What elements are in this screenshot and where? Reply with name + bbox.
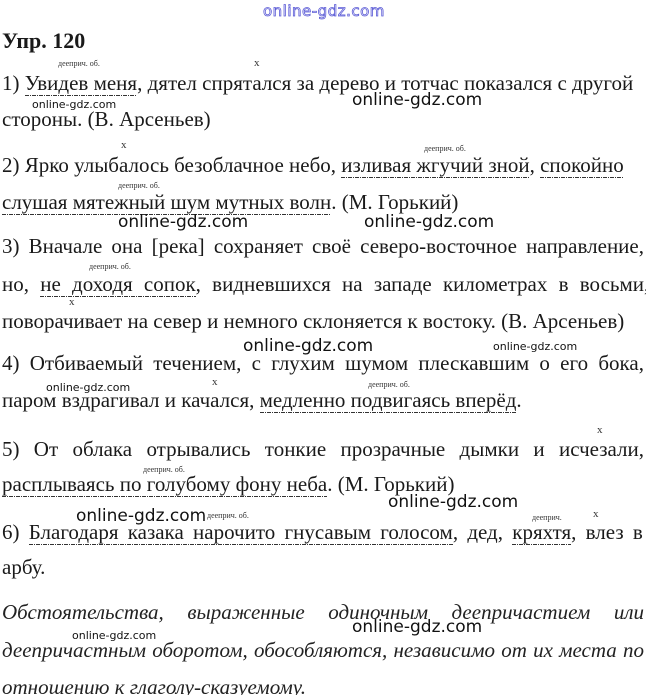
sentence-5-line-1: 5) От облака отрывались тонкие прозрачны… bbox=[2, 437, 644, 461]
sentence-3-line-2: но, не доходя сопок, видневшихся на запа… bbox=[2, 272, 644, 296]
text: , дед, bbox=[453, 520, 512, 544]
sentence-2-line-1: 2) Ярко улыбалось безоблачное небо, изли… bbox=[2, 153, 644, 177]
watermark: online-gdz.com bbox=[118, 212, 248, 232]
sentence-5-line-2: расплываясь по голубому фону неба. (М. Г… bbox=[2, 472, 644, 496]
text: поворачивает на север и немного склоняет… bbox=[2, 309, 624, 333]
annotation-x: х bbox=[69, 296, 75, 308]
sentence-1-line-2: стороны. (В. Арсеньев) bbox=[2, 107, 644, 131]
exercise-title: Упр. 120 bbox=[2, 28, 85, 54]
annotation-x: х bbox=[121, 139, 127, 151]
rule-line-3: отношению к глаголу-сказуемому. bbox=[2, 675, 644, 695]
rule-line-2: деепричастным оборотом, обособляются, не… bbox=[2, 638, 644, 662]
watermark: online-gdz.com bbox=[352, 617, 482, 637]
adverbial-participle-phrase: Благодаря казака нарочито гнусавым голос… bbox=[29, 520, 453, 545]
text: паром вздрагивал и качался, bbox=[2, 388, 260, 412]
text: 4) Отбиваемый течением, с глухим шумом п… bbox=[2, 351, 644, 375]
adverbial-participle: кряхтя bbox=[512, 520, 571, 545]
text: но, bbox=[2, 272, 40, 296]
text: , влез в bbox=[571, 520, 643, 544]
adverbial-participle-phrase: расплываясь по голубому фону неба bbox=[2, 472, 327, 497]
annotation-deeprich-ob: дееприч. об. bbox=[58, 59, 100, 68]
adverbial-participle-phrase: не доходя сопок bbox=[40, 272, 195, 297]
adverbial-participle-phrase: спокойно bbox=[540, 153, 624, 178]
sentence-6-line-2: арбу. bbox=[2, 555, 644, 579]
annotation-x: х bbox=[212, 376, 218, 388]
sentence-1-line-1: 1) Увидев меня, дятел спрятался за дерев… bbox=[2, 71, 644, 95]
text: 3) Вначале она [река] сохраняет своё сев… bbox=[2, 234, 644, 258]
annotation-deeprich-ob: дееприч. об. bbox=[424, 144, 466, 153]
text: . bbox=[516, 388, 521, 412]
text: 5) От облака отрывались тонкие прозрачны… bbox=[2, 437, 644, 461]
annotation-deeprich-ob: дееприч. об. bbox=[207, 511, 249, 520]
watermark: online-gdz.com bbox=[364, 212, 494, 232]
annotation-deeprich-ob: дееприч. об. bbox=[89, 262, 131, 271]
annotation-x: х bbox=[593, 508, 599, 520]
text: 1) bbox=[2, 71, 25, 95]
top-watermark: online-gdz.com bbox=[263, 2, 385, 20]
text: стороны. (В. Арсеньев) bbox=[2, 107, 211, 131]
sentence-4-line-1: 4) Отбиваемый течением, с глухим шумом п… bbox=[2, 351, 644, 375]
annotation-deeprich-ob: дееприч. об. bbox=[118, 181, 160, 190]
rule-line-1: Обстоятельства, выраженные одиночным дее… bbox=[2, 600, 644, 624]
watermark: online-gdz.com bbox=[388, 492, 518, 512]
text: , видневшихся на западе километрах в вос… bbox=[196, 272, 646, 296]
text: арбу. bbox=[2, 555, 45, 579]
sentence-4-line-2: паром вздрагивал и качался, медленно под… bbox=[2, 388, 644, 412]
sentence-2-line-2: слушая мятежный шум мутных волн. (М. Гор… bbox=[2, 190, 644, 214]
text: , bbox=[530, 153, 541, 177]
text: 6) bbox=[2, 520, 29, 544]
sentence-6-line-1: 6) Благодаря казака нарочито гнусавым го… bbox=[2, 520, 644, 544]
adverbial-participle-phrase: изливая жгучий зной bbox=[341, 153, 529, 178]
sentence-3-line-1: 3) Вначале она [река] сохраняет своё сев… bbox=[2, 234, 644, 258]
text: . (М. Горький) bbox=[331, 190, 458, 214]
annotation-x: х bbox=[254, 57, 260, 69]
text: 2) Ярко улыбалось безоблачное небо, bbox=[2, 153, 341, 177]
annotation-x: х bbox=[597, 424, 603, 436]
adverbial-participle-phrase: Увидев меня bbox=[25, 71, 137, 96]
adverbial-participle-phrase: медленно подвигаясь вперёд bbox=[260, 388, 517, 413]
sentence-3-line-3: поворачивает на север и немного склоняет… bbox=[2, 309, 644, 333]
